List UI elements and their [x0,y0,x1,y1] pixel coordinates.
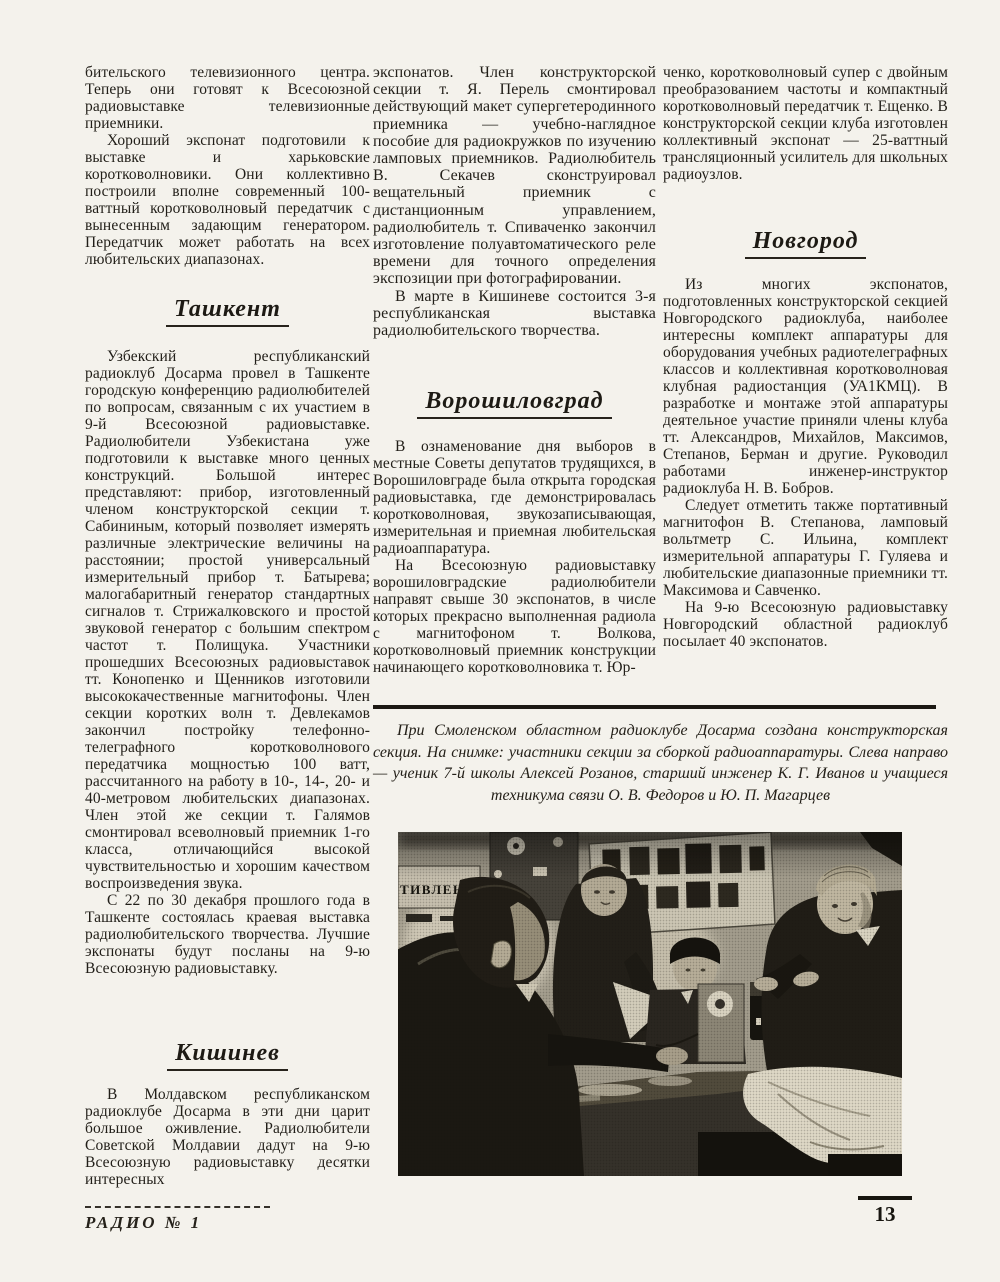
photo-svg: ТИВЛЕНИ [398,832,902,1176]
heading-tashkent: Ташкент [85,296,370,327]
paragraph: Узбекский республиканский радиоклуб Доса… [85,348,370,892]
paragraph: экспонатов. Член конструкторской секции … [373,64,656,288]
heading-kishinev: Кишинев [85,1040,370,1071]
paragraph: бительского телевизионного центра. Тепер… [85,64,370,132]
paragraph: В ознаменование дня выборов в местные Со… [373,438,656,557]
middle-column-voroshilovgrad: В ознаменование дня выборов в местные Со… [373,438,656,676]
right-column-intro: ченко, коротковолновый супер с двойным п… [663,64,948,183]
magazine-page: бительского телевизионного центра. Тепер… [0,0,1000,1282]
paragraph: Хороший экспонат подготовили к выставке … [85,132,370,268]
left-column-intro: бительского телевизионного центра. Тепер… [85,64,370,268]
section-divider-rule [373,705,936,709]
heading-novgorod: Новгород [663,228,948,259]
page-number-rule [858,1196,912,1200]
left-column-kishinev: В Молдавском республиканском радиоклубе … [85,1086,370,1188]
paragraph: ченко, коротковолновый супер с двойным п… [663,64,948,183]
paragraph: С 22 по 30 декабря прошлого года в Ташке… [85,892,370,977]
photo-caption: При Смоленском областном радиоклубе Доса… [373,720,948,806]
page-number: 13 [858,1202,912,1227]
paragraph: В Молдавском республиканском радиоклубе … [85,1086,370,1188]
footer-journal-title: РАДИО № 1 [85,1206,270,1233]
left-column-tashkent: Узбекский республиканский радиоклуб Доса… [85,348,370,977]
right-column-novgorod: Из многих экспонатов, подготовленных кон… [663,276,948,650]
paragraph: Из многих экспонатов, подготовленных кон… [663,276,948,497]
paragraph: На Всесоюзную радиовыставку ворошиловгра… [373,557,656,676]
page-number-block: 13 [858,1196,912,1227]
middle-column-intro: экспонатов. Член конструкторской секции … [373,64,656,339]
heading-voroshilovgrad: Ворошиловград [373,388,656,419]
paragraph: Следует отметить также портативный магни… [663,497,948,599]
photo-illustration: ТИВЛЕНИ [398,832,902,1176]
photo-halftone-overlay [398,832,902,1176]
paragraph: В марте в Кишиневе состоится 3-я республ… [373,288,656,340]
photo-vignette [398,832,902,878]
paragraph: На 9-ю Всесоюзную радиовыставку Новгород… [663,599,948,650]
